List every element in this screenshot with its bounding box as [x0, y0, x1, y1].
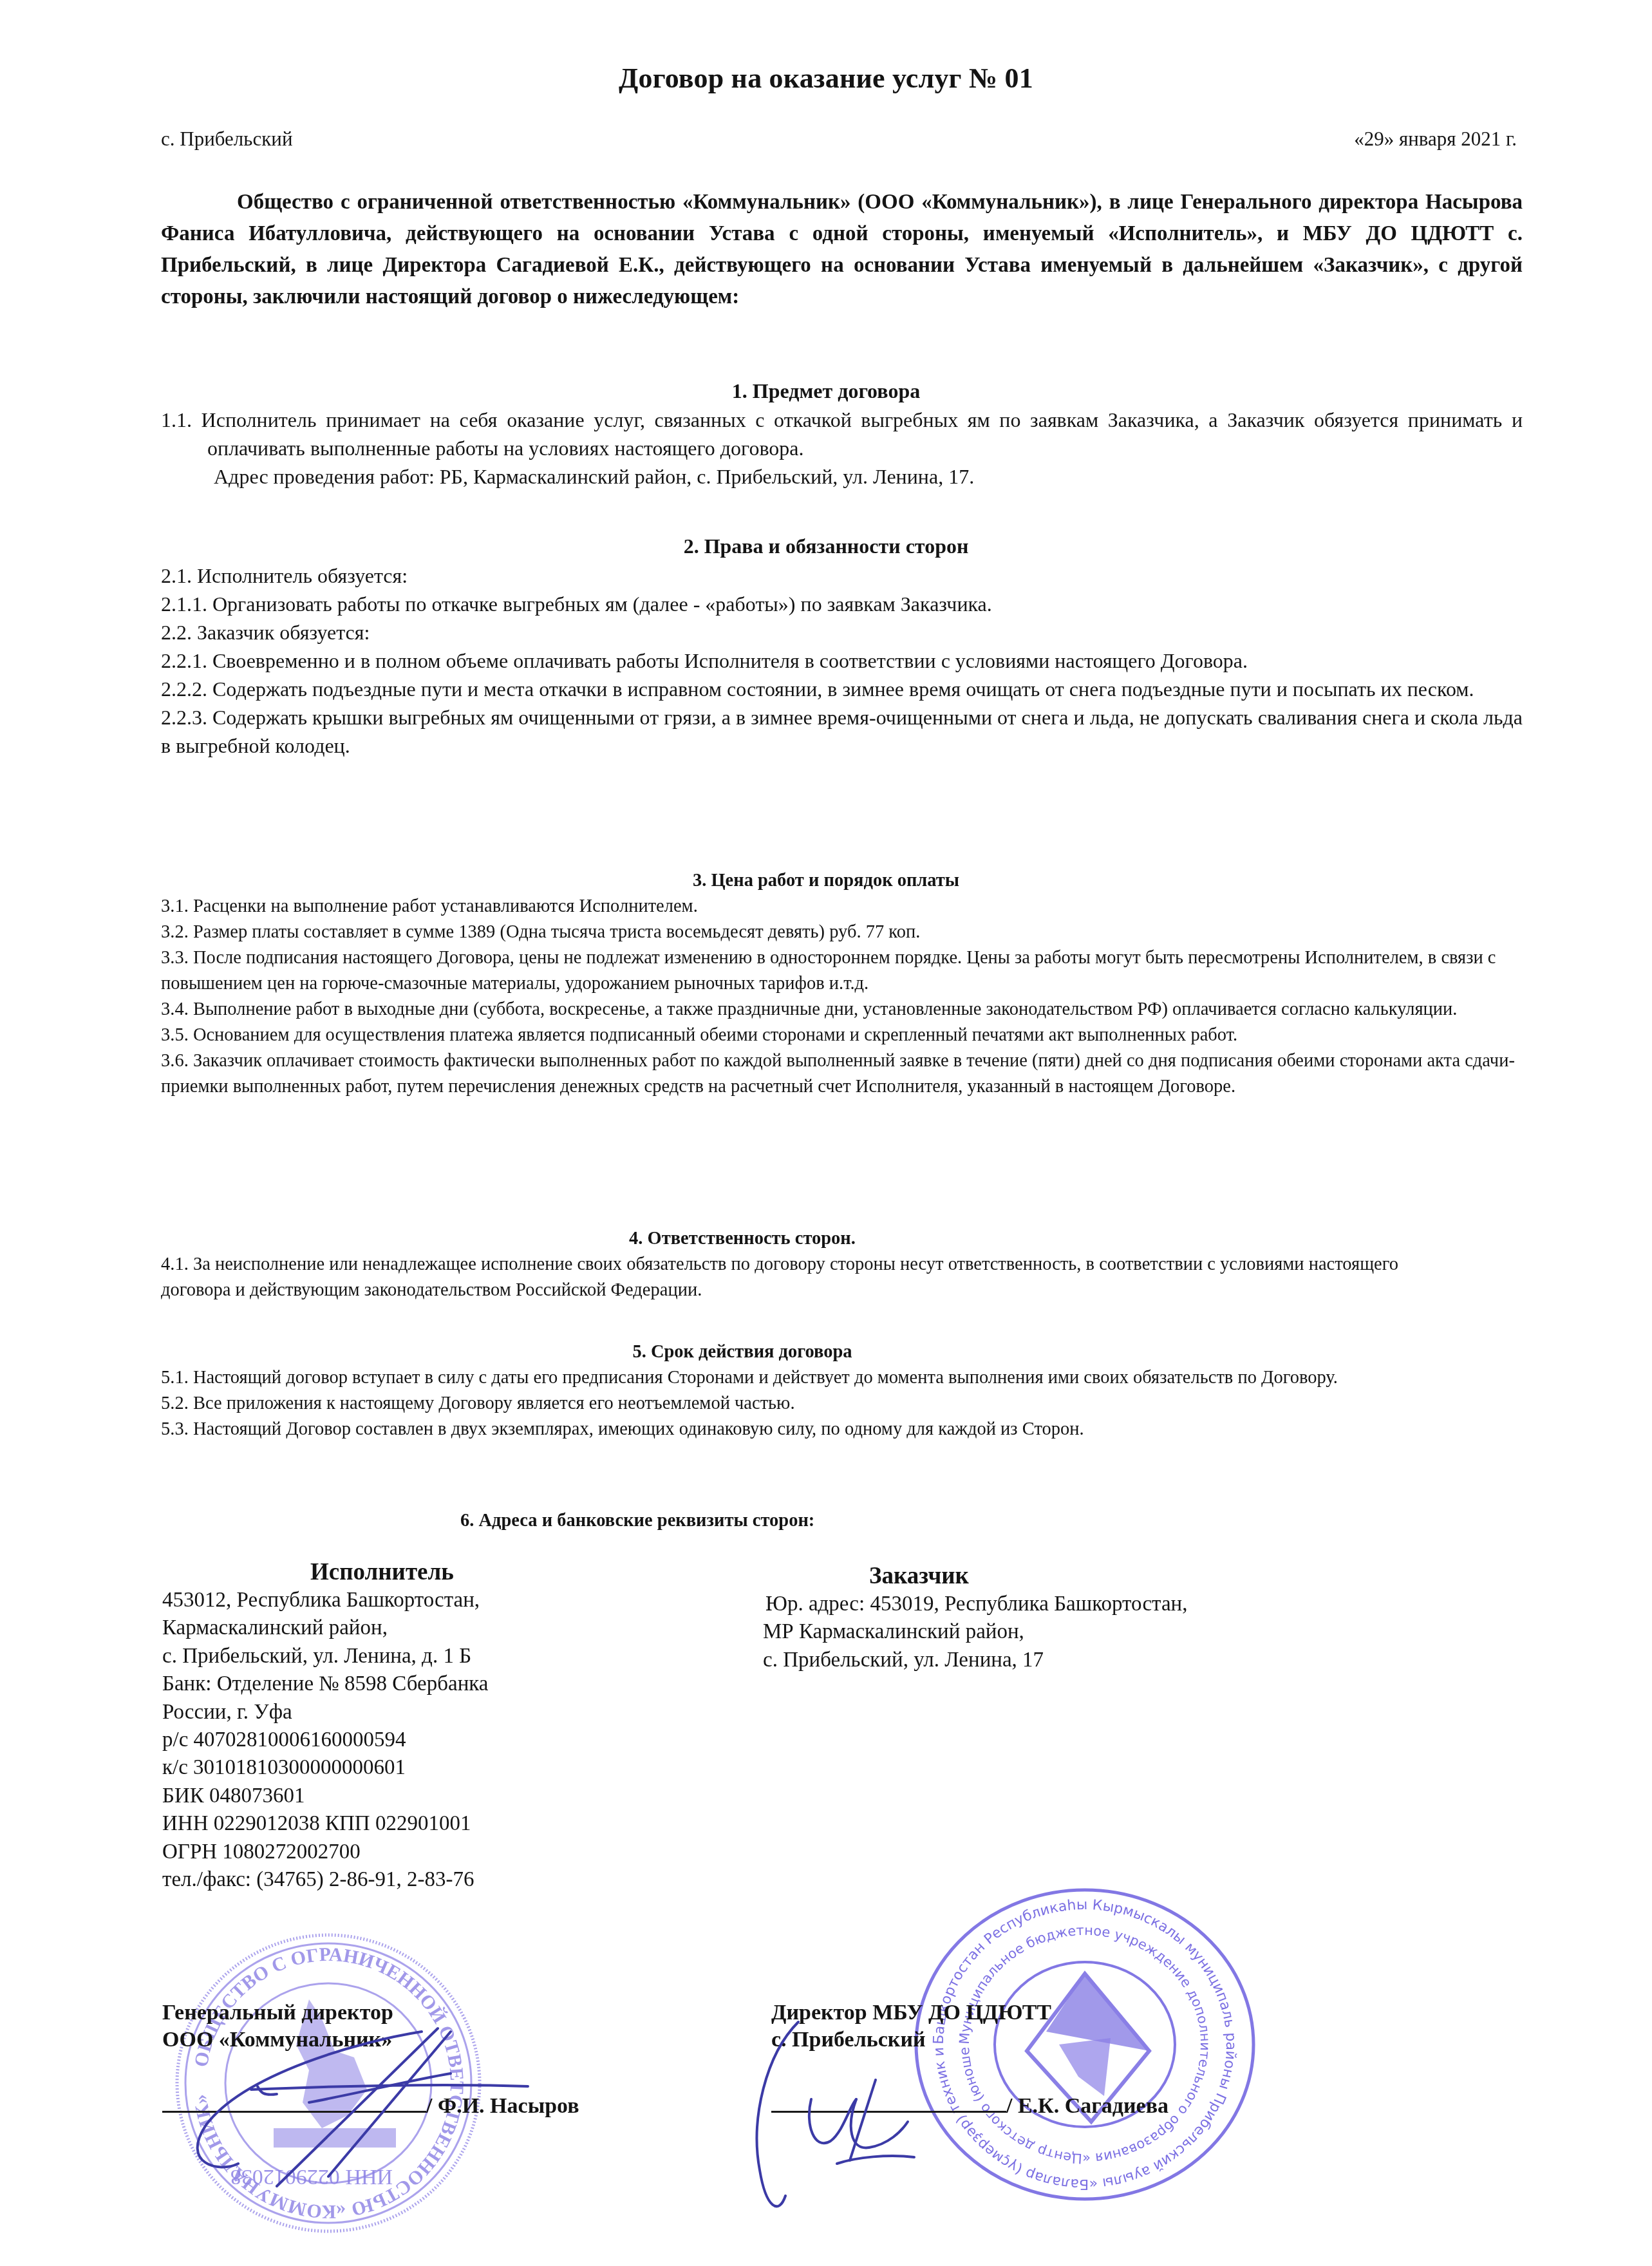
executor-stamp-inn: ИНН 0229012038	[230, 2165, 393, 2189]
customer-line: Юр. адрес: 453019, Республика Башкортост…	[763, 1591, 1407, 1618]
clause-3-2: 3.2. Размер платы составляет в сумме 138…	[161, 920, 1519, 945]
section-1-heading: 1. Предмет договора	[0, 377, 1652, 405]
clause-2-2-1: 2.2.1. Своевременно и в полном объеме оп…	[161, 647, 1523, 675]
contract-page: Договор на оказание услуг № 01 с. Прибел…	[0, 0, 1652, 2266]
work-address: Адрес проведения работ: РБ, Кармаскалинс…	[161, 462, 1523, 491]
contract-place: с. Прибельский	[161, 127, 292, 151]
clause-2-1: 2.1. Исполнитель обязуется:	[161, 562, 1523, 590]
executor-line: Кармаскалинский район,	[162, 1614, 742, 1642]
section-4-body: 4.1. За неисполнение или ненадлежащее ис…	[161, 1252, 1449, 1303]
executor-heading: Исполнитель	[310, 1558, 454, 1586]
section-5-heading: 5. Срок действия договора	[0, 1339, 1568, 1365]
section-3-body: 3.1. Расценки на выполнение работ устана…	[161, 894, 1519, 1100]
executor-company-stamp: ОБЩЕСТВО С ОГРАНИЧЕННОЙ ОТВЕТСТВЕННОСТЬЮ…	[161, 1922, 496, 2244]
clause-4-1: 4.1. За неисполнение или ненадлежащее ис…	[161, 1252, 1449, 1303]
clause-3-6: 3.6. Заказчик оплачивает стоимость факти…	[161, 1048, 1519, 1100]
executor-position: Генеральный директор	[162, 1999, 393, 2026]
preamble: Общество с ограниченной ответственностью…	[161, 187, 1523, 313]
clause-1-1: 1.1. Исполнитель принимает на себя оказа…	[161, 406, 1523, 462]
clause-2-1-1: 2.1.1. Организовать работы по откачке вы…	[161, 590, 1523, 618]
clause-5-1: 5.1. Настоящий договор вступает в силу с…	[161, 1365, 1461, 1391]
customer-signature-blank	[771, 2111, 1006, 2113]
section-1-body: 1.1. Исполнитель принимает на себя оказа…	[161, 406, 1523, 491]
section-3-heading: 3. Цена работ и порядок оплаты	[0, 868, 1652, 894]
section-6-heading: 6. Адреса и банковские реквизиты сторон:	[460, 1508, 814, 1534]
executor-line: к/с 30101810300000000601	[162, 1754, 742, 1782]
customer-organization: с. Прибельский	[771, 2026, 1051, 2054]
clause-5-2: 5.2. Все приложения к настоящему Договор…	[161, 1391, 1461, 1417]
executor-organization: ООО «Коммунальник»	[162, 2026, 393, 2054]
document-title: Договор на оказание услуг № 01	[0, 62, 1652, 95]
section-2-heading: 2. Права и обязанности сторон	[0, 532, 1652, 560]
contract-date: «29» января 2021 г.	[1354, 127, 1517, 151]
executor-stamp-ring-text: ОБЩЕСТВО С ОГРАНИЧЕННОЙ ОТВЕТСТВЕННОСТЬЮ…	[161, 1922, 467, 2222]
executor-line: с. Прибельский, ул. Ленина, д. 1 Б	[162, 1643, 742, 1670]
executor-line: р/с 40702810006160000594	[162, 1726, 742, 1754]
executor-line: ИНН 0229012038 КПП 022901001	[162, 1810, 742, 1838]
clause-3-5: 3.5. Основанием для осуществления платеж…	[161, 1023, 1519, 1048]
clause-3-1: 3.1. Расценки на выполнение работ устана…	[161, 894, 1519, 920]
executor-line: БИК 048073601	[162, 1782, 742, 1810]
executor-line: России, г. Уфа	[162, 1699, 742, 1726]
customer-requisites: Юр. адрес: 453019, Республика Башкортост…	[763, 1591, 1407, 1674]
executor-line: 453012, Республика Башкортостан,	[162, 1587, 742, 1614]
customer-signature-block: Директор МБУ ДО ЦДЮТТ с. Прибельский	[771, 1999, 1051, 2054]
executor-line: Банк: Отделение № 8598 Сбербанка	[162, 1670, 742, 1698]
clause-2-2: 2.2. Заказчик обязуется:	[161, 618, 1523, 647]
customer-position: Директор МБУ ДО ЦДЮТТ	[771, 1999, 1051, 2026]
section-2-body: 2.1. Исполнитель обязуется: 2.1.1. Орган…	[161, 562, 1523, 760]
customer-heading: Заказчик	[869, 1562, 969, 1590]
clause-2-2-2: 2.2.2. Содержать подъездные пути и места…	[161, 675, 1523, 703]
executor-signature-block: Генеральный директор ООО «Коммунальник»	[162, 1999, 393, 2054]
executor-requisites: 453012, Республика Башкортостан, Кармаск…	[162, 1587, 742, 1894]
customer-line: с. Прибельский, ул. Ленина, 17	[763, 1647, 1407, 1674]
executor-signer-name: / Ф.И. Насыров	[426, 2094, 579, 2118]
clause-3-3: 3.3. После подписания настоящего Договор…	[161, 945, 1519, 997]
customer-line: МР Кармаскалинский район,	[763, 1618, 1407, 1646]
executor-signature-blank	[162, 2111, 426, 2113]
svg-text:ОБЩЕСТВО С ОГРАНИЧЕННОЙ ОТВЕТС: ОБЩЕСТВО С ОГРАНИЧЕННОЙ ОТВЕТСТВЕННОСТЬЮ…	[161, 1922, 467, 2222]
customer-signature-line: / Е.К. Сагадиева	[771, 2093, 1169, 2120]
section-4-heading: 4. Ответственность сторон.	[0, 1226, 1568, 1252]
clause-5-3: 5.3. Настоящий Договор составлен в двух …	[161, 1417, 1461, 1442]
executor-line: тел./факс: (34765) 2-86-91, 2-83-76	[162, 1866, 742, 1894]
clause-3-4: 3.4. Выполнение работ в выходные дни (су…	[161, 997, 1519, 1023]
customer-signer-name: / Е.К. Сагадиева	[1006, 2094, 1169, 2118]
section-5-body: 5.1. Настоящий договор вступает в силу с…	[161, 1365, 1461, 1442]
clause-2-2-3: 2.2.3. Содержать крышки выгребных ям очи…	[161, 703, 1523, 760]
executor-signature-line: / Ф.И. Насыров	[162, 2093, 579, 2120]
executor-line: ОГРН 1080272002700	[162, 1838, 742, 1866]
